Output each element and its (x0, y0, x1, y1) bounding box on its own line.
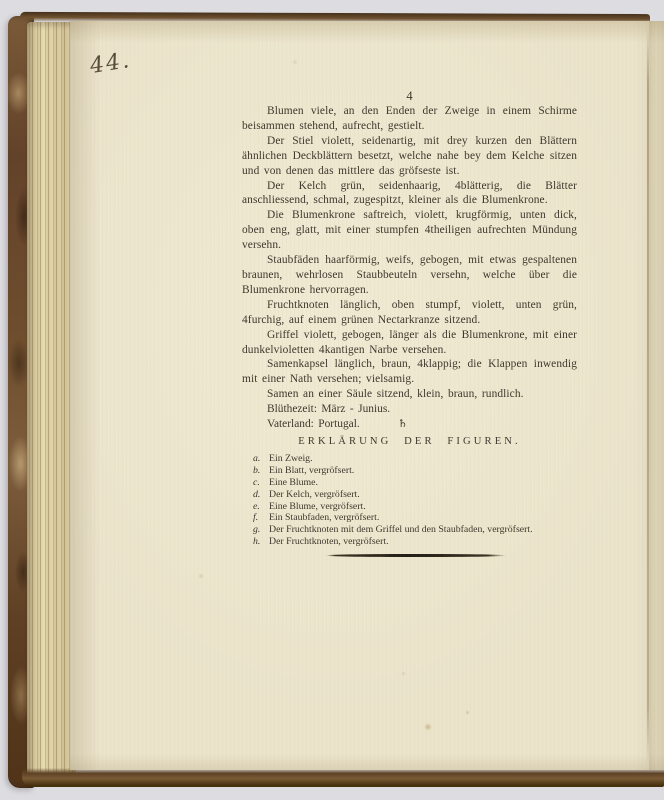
figure-item-text: Ein Zweig. (269, 453, 313, 465)
figure-item-letter: a. (253, 453, 269, 465)
figure-item: f. Ein Staubfaden, vergröfsert. (242, 512, 577, 524)
figure-item-text: Eine Blume. (269, 477, 318, 489)
figure-item-letter: h. (253, 536, 269, 548)
printed-page-number: 4 (242, 89, 577, 104)
saturn-symbol: ♄ (373, 417, 408, 432)
figure-item: c. Eine Blume. (242, 477, 577, 489)
figure-item-letter: g. (253, 524, 269, 536)
figure-item-letter: c. (253, 477, 269, 489)
figure-item-text: Der Kelch, vergröfsert. (269, 489, 360, 501)
book-scan: 44. 4 Blumen viele, an den Enden der Zwe… (0, 0, 664, 800)
foxing-spot (198, 573, 204, 579)
closing-rule (326, 554, 506, 557)
description-paragraph: Der Kelch grün, seidenhaarig, 4blätterig… (242, 179, 577, 209)
underlying-page-sliver (649, 21, 664, 770)
figure-item-text: Der Fruchtknoten mit dem Griffel und den… (269, 524, 533, 536)
foxing-spot (424, 723, 432, 731)
figure-item-text: Der Fruchtknoten, vergröfsert. (269, 536, 389, 548)
foxing-spot (465, 710, 470, 715)
book-page: 44. 4 Blumen viele, an den Enden der Zwe… (70, 21, 664, 770)
figure-item-letter: d. (253, 489, 269, 501)
figure-item-letter: e. (253, 501, 269, 513)
figure-item: a. Ein Zweig. (242, 453, 577, 465)
figure-item: e. Eine Blume, vergröfsert. (242, 501, 577, 513)
foxing-spot (401, 671, 406, 676)
figure-item-text: Ein Blatt, vergröfsert. (269, 465, 354, 477)
figure-item: b. Ein Blatt, vergröfsert. (242, 465, 577, 477)
figure-item-text: Eine Blume, vergröfsert. (269, 501, 366, 513)
figure-item: g. Der Fruchtknoten mit dem Griffel und … (242, 524, 577, 536)
description-paragraph: Blumen viele, an den Enden der Zweige in… (242, 104, 577, 134)
description-paragraph: Samenkapsel länglich, braun, 4klappig; d… (242, 357, 577, 387)
description-paragraph: Staubfäden haarförmig, weifs, gebogen, m… (242, 253, 577, 298)
description-paragraph: Griffel violett, gebogen, länger als die… (242, 328, 577, 358)
description-paragraph: Samen an einer Säule sitzend, klein, bra… (242, 387, 577, 402)
homeland-text: Vaterland: Portugal. (267, 418, 360, 430)
figure-item: h. Der Fruchtknoten, vergröfsert. (242, 536, 577, 548)
figure-item: d. Der Kelch, vergröfsert. (242, 489, 577, 501)
page-fore-edge-stack (27, 22, 76, 779)
homeland-line: Vaterland: Portugal.♄ (242, 417, 577, 432)
page-text-block: Blumen viele, an den Enden der Zweige in… (242, 104, 577, 557)
figure-item-text: Ein Staubfaden, vergröfsert. (269, 512, 379, 524)
figures-heading: ERKLÄRUNG DER FIGUREN. (242, 436, 577, 447)
figure-item-letter: f. (253, 512, 269, 524)
description-paragraph: Fruchtknoten länglich, oben stumpf, viol… (242, 298, 577, 328)
book-bottom-edge (22, 768, 664, 787)
description-paragraph: Der Stiel violett, seidenartig, mit drey… (242, 134, 577, 179)
figure-item-letter: b. (253, 465, 269, 477)
bloom-time-line: Blüthezeit: März - Junius. (242, 402, 577, 417)
description-paragraph: Die Blumenkrone saftreich, violett, krug… (242, 208, 577, 253)
handwritten-folio-number: 44. (88, 48, 132, 79)
foxing-spot (292, 59, 298, 65)
figure-explanation-section: ERKLÄRUNG DER FIGUREN. a. Ein Zweig. b. … (242, 436, 577, 557)
